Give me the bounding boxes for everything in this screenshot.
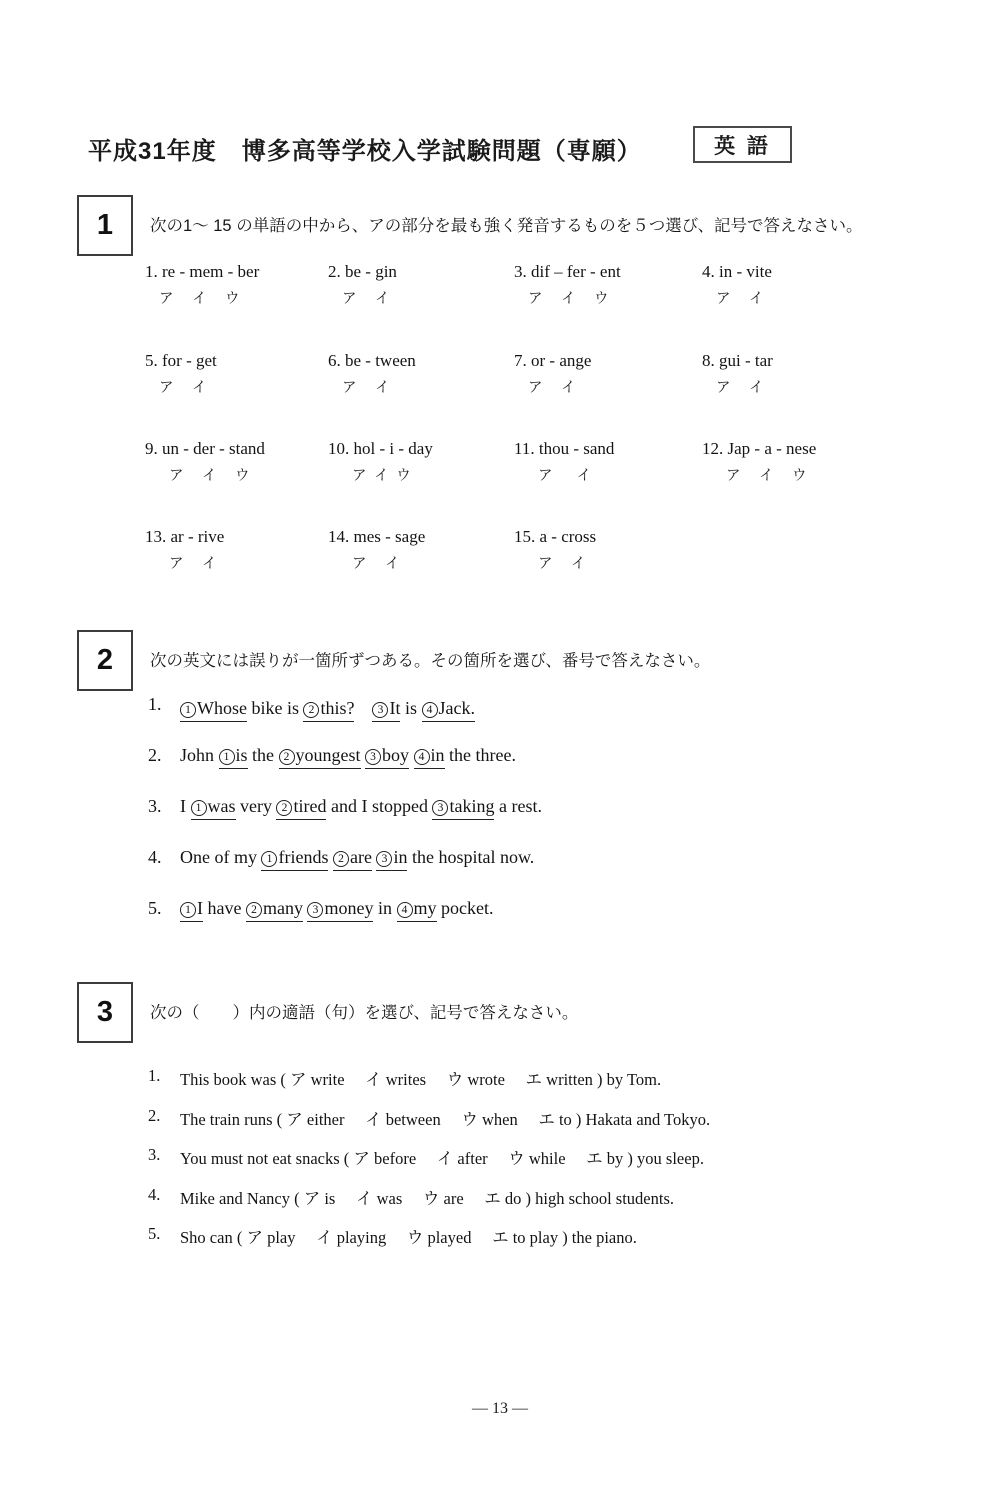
word-text: 11. thou - sand	[514, 439, 702, 459]
section2-number: 2	[97, 644, 113, 677]
word-text: 15. a - cross	[514, 527, 702, 547]
word-text: 13. ar - rive	[145, 527, 328, 547]
word-text: 14. mes - sage	[328, 527, 514, 547]
kana-options: ア イ	[328, 287, 514, 308]
kana-options: ア イ ウ	[145, 464, 328, 485]
sentence-number: 3.	[148, 1145, 180, 1167]
kana-options: ア イ ウ	[702, 464, 816, 485]
word-text: 1. re - mem - ber	[145, 262, 328, 282]
circled-number: 3	[432, 800, 448, 816]
sentence-text: Mike and Nancy ( ア is イ was ウ are エ do )…	[180, 1185, 674, 1207]
section2-instruction: 次の英文には誤りが一箇所ずつある。その箇所を選び、番号で答えなさい。	[150, 647, 970, 671]
word-item: 4. in - viteア イ	[702, 262, 772, 308]
choice-sentence-row: 2.The train runs ( ア either イ between ウ …	[148, 1106, 710, 1128]
circled-number: 1	[191, 800, 207, 816]
word-row-1: 1. re - mem - berア イ ウ 2. be - ginア イ 3.…	[0, 262, 1000, 308]
kana-options: ア イ	[702, 376, 773, 397]
page-number: — 13 —	[0, 1400, 1000, 1418]
section3-instruction: 次の（ ）内の適語（句）を選び、記号で答えなさい。	[150, 999, 970, 1023]
word-item: 7. or - angeア イ	[514, 351, 702, 397]
kana-options: ア イ	[145, 376, 328, 397]
section1-instruction: 次の1～ 15 の単語の中から、アの部分を最も強く発音するものを５つ選び、記号で…	[150, 212, 970, 236]
sentence-text: You must not eat snacks ( ア before イ aft…	[180, 1145, 704, 1167]
section1-number: 1	[97, 209, 113, 242]
sentence-row: 1.1Whose bike is 2this? 3It is 4Jack.	[148, 694, 542, 717]
section3-number-box: 3	[77, 982, 133, 1043]
word-item: 2. be - ginア イ	[328, 262, 514, 308]
circled-number: 3	[372, 702, 388, 718]
sentence-number: 2.	[148, 745, 180, 768]
circled-number: 4	[414, 749, 430, 765]
sentence-number: 5.	[148, 898, 180, 921]
circled-number: 2	[276, 800, 292, 816]
kana-options: ア イ	[514, 552, 702, 573]
word-text: 6. be - tween	[328, 351, 514, 371]
subject-box: 英 語	[693, 126, 792, 163]
word-text: 4. in - vite	[702, 262, 772, 282]
sentence-text: John 1is the 2youngest 3boy 4in the thre…	[180, 745, 516, 768]
word-item: 15. a - crossア イ	[514, 527, 702, 573]
circled-number: 4	[397, 902, 413, 918]
section3-items: 1.This book was ( ア write イ writes ウ wro…	[148, 1066, 710, 1264]
sentence-text: This book was ( ア write イ writes ウ wrote…	[180, 1066, 661, 1088]
circled-number: 1	[180, 902, 196, 918]
choice-sentence-row: 3.You must not eat snacks ( ア before イ a…	[148, 1145, 710, 1167]
choice-sentence-row: 5.Sho can ( ア play イ playing ウ played エ …	[148, 1224, 710, 1246]
circled-number: 2	[333, 851, 349, 867]
kana-options: ア イ	[328, 376, 514, 397]
word-text: 5. for - get	[145, 351, 328, 371]
word-row-4: 13. ar - riveア イ 14. mes - sageア イ 15. a…	[0, 527, 1000, 573]
word-item: 3. dif – fer - entア イ ウ	[514, 262, 702, 308]
section2-items: 1.1Whose bike is 2this? 3It is 4Jack. 2.…	[148, 694, 542, 949]
circled-number: 1	[219, 749, 235, 765]
word-text: 2. be - gin	[328, 262, 514, 282]
circled-number: 2	[279, 749, 295, 765]
word-text: 9. un - der - stand	[145, 439, 328, 459]
circled-number: 3	[365, 749, 381, 765]
word-text: 3. dif – fer - ent	[514, 262, 702, 282]
circled-number: 3	[376, 851, 392, 867]
word-text: 8. gui - tar	[702, 351, 773, 371]
word-text: 7. or - ange	[514, 351, 702, 371]
subject-label: 英 語	[714, 130, 771, 160]
sentence-number: 4.	[148, 1185, 180, 1207]
word-item: 9. un - der - standア イ ウ	[145, 439, 328, 485]
word-item: 5. for - getア イ	[145, 351, 328, 397]
word-text: 10. hol - i - day	[328, 439, 514, 459]
word-item: 6. be - tweenア イ	[328, 351, 514, 397]
word-row-2: 5. for - getア イ 6. be - tweenア イ 7. or -…	[0, 351, 1000, 397]
sentence-row: 5.1I have 2many 3money in 4my pocket.	[148, 898, 542, 921]
kana-options: ア イ	[145, 552, 328, 573]
word-item: 1. re - mem - berア イ ウ	[145, 262, 328, 308]
kana-options: ア イ	[514, 376, 702, 397]
sentence-text: I 1was very 2tired and I stopped 3taking…	[180, 796, 542, 819]
kana-options: ア イ	[328, 552, 514, 573]
kana-options: ア イ	[702, 287, 772, 308]
sentence-text: One of my 1friends 2are 3in the hospital…	[180, 847, 534, 870]
word-item: 13. ar - riveア イ	[145, 527, 328, 573]
word-item: 10. hol - i - dayア イ ウ	[328, 439, 514, 485]
sentence-row: 3.I 1was very 2tired and I stopped 3taki…	[148, 796, 542, 819]
section3-number: 3	[97, 996, 113, 1029]
section2-number-box: 2	[77, 630, 133, 691]
section1-number-box: 1	[77, 195, 133, 256]
word-item: 12. Jap - a - neseア イ ウ	[702, 439, 816, 485]
circled-number: 3	[307, 902, 323, 918]
sentence-number: 2.	[148, 1106, 180, 1128]
sentence-text: 1I have 2many 3money in 4my pocket.	[180, 898, 494, 921]
sentence-number: 5.	[148, 1224, 180, 1246]
sentence-number: 3.	[148, 796, 180, 819]
sentence-row: 4.One of my 1friends 2are 3in the hospit…	[148, 847, 542, 870]
kana-options: ア イ ウ	[145, 287, 328, 308]
sentence-number: 1.	[148, 1066, 180, 1088]
choice-sentence-row: 1.This book was ( ア write イ writes ウ wro…	[148, 1066, 710, 1088]
word-row-3: 9. un - der - standア イ ウ 10. hol - i - d…	[0, 439, 1000, 485]
sentence-text: Sho can ( ア play イ playing ウ played エ to…	[180, 1224, 637, 1246]
kana-options: ア イ ウ	[514, 287, 702, 308]
exam-page: 平成31年度 博多高等学校入学試験問題（専願） 英 語 1 次の1～ 15 の単…	[0, 0, 1000, 1500]
word-text: 12. Jap - a - nese	[702, 439, 816, 459]
circled-number: 1	[261, 851, 277, 867]
choice-sentence-row: 4.Mike and Nancy ( ア is イ was ウ are エ do…	[148, 1185, 710, 1207]
circled-number: 4	[422, 702, 438, 718]
page-title: 平成31年度 博多高等学校入学試験問題（専願）	[88, 131, 642, 166]
word-item: 14. mes - sageア イ	[328, 527, 514, 573]
word-item: 8. gui - tarア イ	[702, 351, 773, 397]
word-item: 11. thou - sandア イ	[514, 439, 702, 485]
sentence-number: 4.	[148, 847, 180, 870]
sentence-row: 2.John 1is the 2youngest 3boy 4in the th…	[148, 745, 542, 768]
circled-number: 1	[180, 702, 196, 718]
circled-number: 2	[303, 702, 319, 718]
kana-options: ア イ ウ	[328, 464, 514, 485]
circled-number: 2	[246, 902, 262, 918]
kana-options: ア イ	[514, 464, 702, 485]
sentence-text: The train runs ( ア either イ between ウ wh…	[180, 1106, 710, 1128]
sentence-text: 1Whose bike is 2this? 3It is 4Jack.	[180, 694, 475, 717]
sentence-number: 1.	[148, 694, 180, 717]
